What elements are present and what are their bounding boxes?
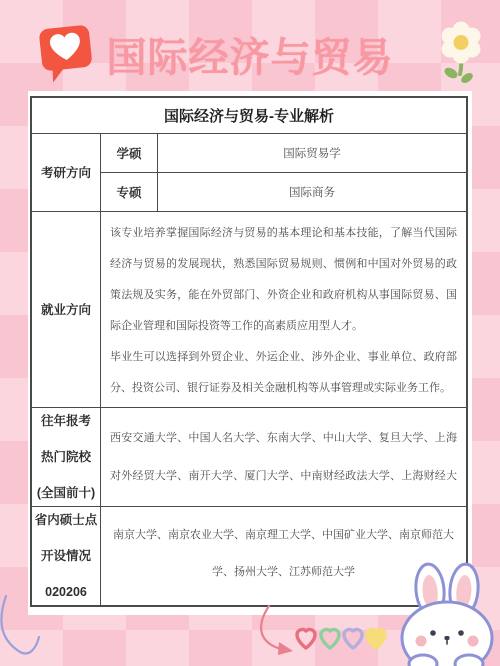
heart-icon-purple (344, 629, 362, 648)
kaoyan-label: 考研方向 (32, 134, 101, 211)
swoosh-line-icon (0, 592, 58, 666)
shengnei-label-line: 开设情况 (41, 547, 91, 565)
shengnei-label: 省内硕士点 开设情况 020206 (32, 507, 101, 605)
wangnian-label: 往年报考 热门院校 (全国前十) (32, 408, 101, 506)
xueshuo-value: 国际贸易学 (158, 134, 466, 172)
row-kaoyan-fangxiang: 考研方向 学硕 国际贸易学 专硕 国际商务 (32, 134, 466, 212)
row-wangnian-yuanxiao: 往年报考 热门院校 (全国前十) 西安交通大学、中国人名大学、东南大学、中山大学… (32, 408, 466, 507)
kaoyan-subtable: 学硕 国际贸易学 专硕 国际商务 (101, 134, 466, 211)
xueshuo-label: 学硕 (101, 134, 158, 172)
wangnian-label-line: 热门院校 (41, 448, 91, 466)
wangnian-content: 西安交通大学、中国人名大学、东南大学、中山大学、复旦大学、上海对外经贸大学、南开… (101, 408, 466, 506)
wangnian-label-line: 往年报考 (41, 412, 91, 430)
wangnian-label-line: (全国前十) (37, 484, 95, 502)
page-title: 国际经济与贸易 (88, 26, 412, 83)
subrow-zhuanshuo: 专硕 国际商务 (101, 172, 466, 211)
heart-icon-green (321, 629, 339, 648)
jiuye-paragraph-2: 毕业生可以选择到外贸企业、外运企业、涉外企业、事业单位、政府部分、投资公司、银行… (110, 342, 457, 404)
subrow-xueshuo: 学硕 国际贸易学 (101, 134, 466, 172)
flower-icon (434, 20, 488, 91)
table-title: 国际经济与贸易-专业解析 (32, 98, 466, 134)
heart-icon-pink (297, 629, 315, 648)
zhuanshuo-value: 国际商务 (158, 173, 466, 211)
heart-icon-yellow (367, 629, 385, 648)
jiuye-content: 该专业培养掌握国际经济与贸易的基本理论和基本技能，了解当代国际经济与贸易的发展现… (101, 212, 466, 407)
jiuye-label: 就业方向 (32, 212, 101, 407)
shengnei-label-line: 省内硕士点 (35, 511, 98, 529)
major-info-table: 国际经济与贸易-专业解析 考研方向 学硕 国际贸易学 专硕 国际商务 就业方向 … (30, 96, 468, 607)
heart-chat-bubble-icon (36, 22, 96, 89)
bunny-icon (396, 562, 500, 666)
zhuanshuo-label: 专硕 (101, 173, 158, 211)
row-jiuye-fangxiang: 就业方向 该专业培养掌握国际经济与贸易的基本理论和基本技能，了解当代国际经济与贸… (32, 212, 466, 408)
jiuye-paragraph-1: 该专业培养掌握国际经济与贸易的基本理论和基本技能，了解当代国际经济与贸易的发展现… (110, 218, 457, 342)
hearts-row (295, 624, 391, 659)
